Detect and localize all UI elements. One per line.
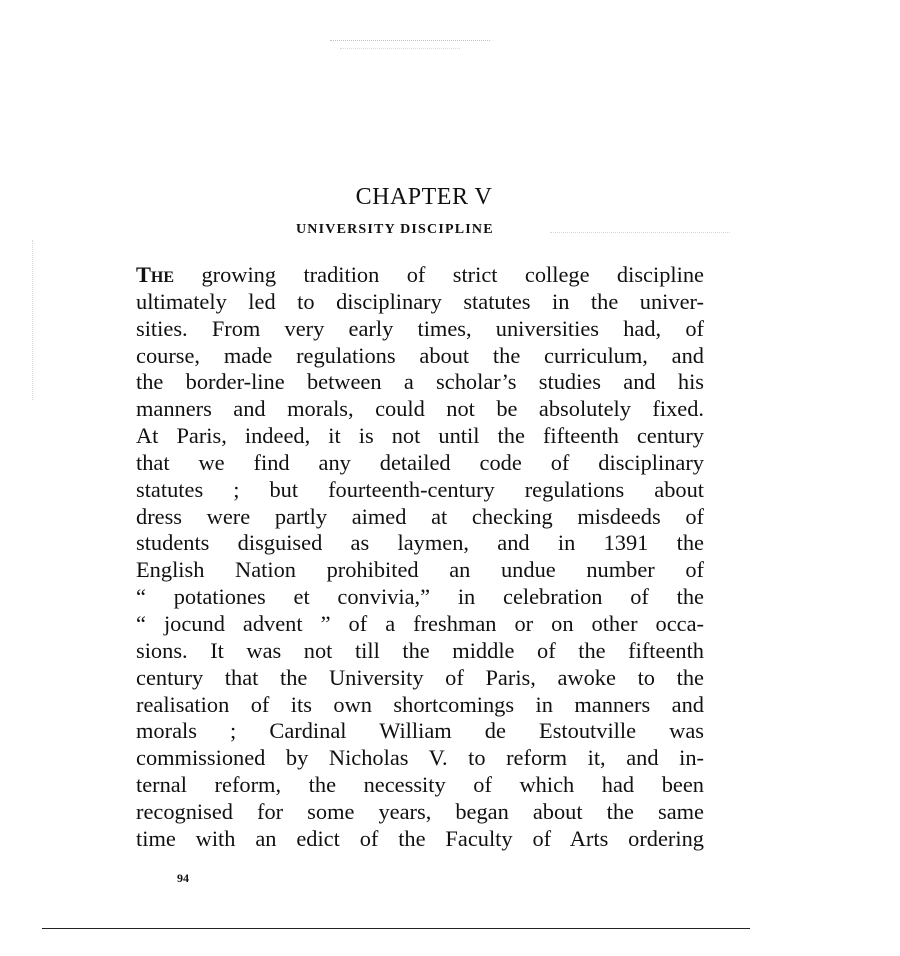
text-line: commissioned by Nicholas V. to reform it… bbox=[136, 745, 704, 772]
text-line: dress were partly aimed at checking misd… bbox=[136, 504, 704, 531]
text-line: the border-line between a scholar’s stud… bbox=[136, 369, 704, 396]
page-bottom-rule bbox=[42, 928, 750, 929]
text-line: time with an edict of the Faculty of Art… bbox=[136, 826, 704, 853]
scan-noise bbox=[330, 40, 490, 43]
text-line: sions. It was not till the middle of the… bbox=[136, 638, 704, 665]
text-line: manners and morals, could not be absolut… bbox=[136, 396, 704, 423]
scan-noise bbox=[340, 48, 460, 51]
text-line: realisation of its own shortcomings in m… bbox=[136, 692, 704, 719]
text-line: sities. From very early times, universit… bbox=[136, 316, 704, 343]
body-paragraph: The growing tradition of strict college … bbox=[136, 262, 704, 853]
drop-word: The bbox=[136, 262, 174, 287]
scan-noise bbox=[550, 232, 730, 235]
text-line: ternal reform, the necessity of which ha… bbox=[136, 772, 704, 799]
scanned-book-page: CHAPTER V UNIVERSITY DISCIPLINE The grow… bbox=[0, 0, 900, 956]
text-line-content: growing tradition of strict college disc… bbox=[174, 262, 704, 287]
text-line: course, made regulations about the curri… bbox=[136, 343, 704, 370]
text-line: English Nation prohibited an undue numbe… bbox=[136, 557, 704, 584]
text-line: “ potationes et convivia,” in celebratio… bbox=[136, 584, 704, 611]
text-line: morals ; Cardinal William de Estoutville… bbox=[136, 718, 704, 745]
text-line: century that the University of Paris, aw… bbox=[136, 665, 704, 692]
scan-noise bbox=[32, 240, 35, 400]
text-line: statutes ; but fourteenth-century regula… bbox=[136, 477, 704, 504]
text-line: ultimately led to disciplinary statutes … bbox=[136, 289, 704, 316]
text-line: At Paris, indeed, it is not until the fi… bbox=[136, 423, 704, 450]
text-line: students disguised as laymen, and in 139… bbox=[136, 530, 704, 557]
text-line: that we find any detailed code of discip… bbox=[136, 450, 704, 477]
chapter-subtitle: UNIVERSITY DISCIPLINE bbox=[296, 222, 494, 238]
chapter-title: CHAPTER V bbox=[0, 184, 848, 211]
page-number: 94 bbox=[177, 871, 189, 886]
text-line: recognised for some years, began about t… bbox=[136, 799, 704, 826]
text-line: “ jocund advent ” of a freshman or on ot… bbox=[136, 611, 704, 638]
text-line: The growing tradition of strict college … bbox=[136, 262, 704, 289]
